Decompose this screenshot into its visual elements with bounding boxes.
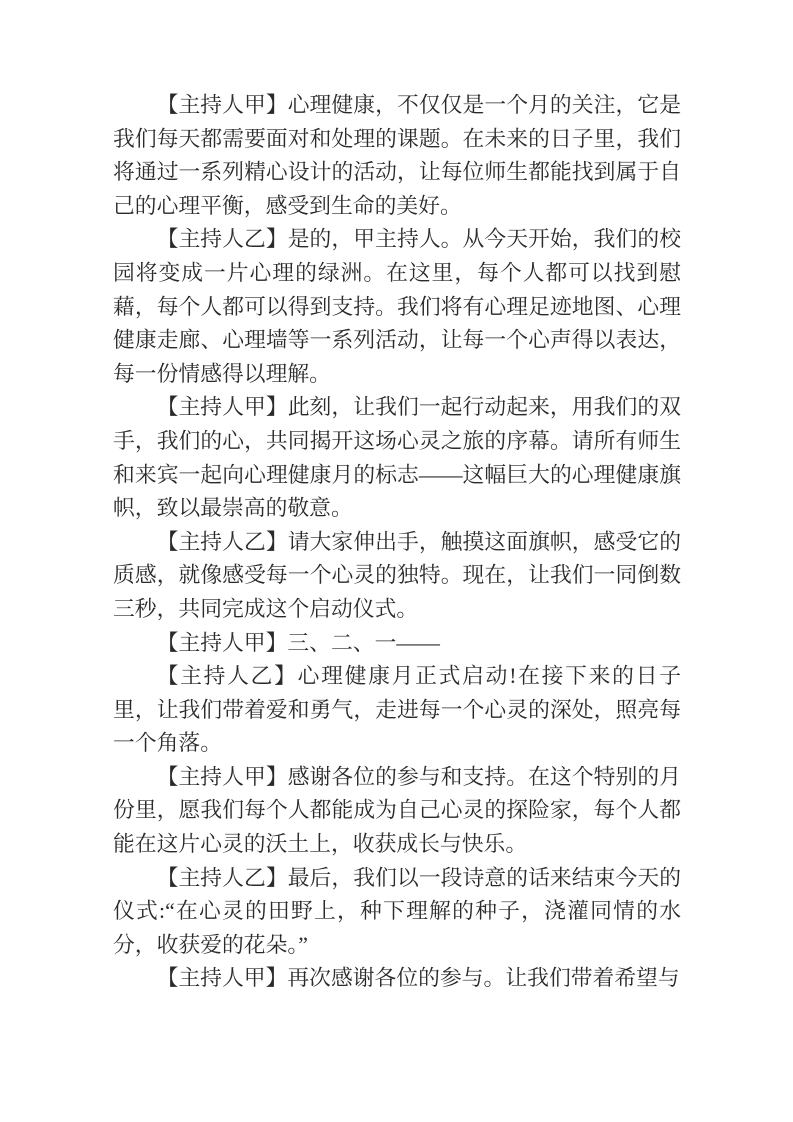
script-paragraph: 【主持人甲】此刻，让我们一起行动起来，用我们的双手，我们的心，共同揭开这场心灵之…	[113, 391, 681, 525]
script-paragraph: 【主持人乙】是的，甲主持人。从今天开始，我们的校园将变成一片心理的绿洲。在这里，…	[113, 223, 681, 391]
script-paragraph: 【主持人乙】最后，我们以一段诗意的话来结束今天的仪式:“在心灵的田野上，种下理解…	[113, 862, 681, 963]
document-page: 【主持人甲】心理健康，不仅仅是一个月的关注，它是我们每天都需要面对和处理的课题。…	[0, 0, 793, 1122]
script-paragraph: 【主持人甲】再次感谢各位的参与。让我们带着希望与	[113, 962, 681, 996]
script-content: 【主持人甲】心理健康，不仅仅是一个月的关注，它是我们每天都需要面对和处理的课题。…	[113, 89, 681, 996]
script-paragraph: 【主持人乙】请大家伸出手，触摸这面旗帜，感受它的质感，就像感受每一个心灵的独特。…	[113, 526, 681, 627]
script-paragraph: 【主持人甲】心理健康，不仅仅是一个月的关注，它是我们每天都需要面对和处理的课题。…	[113, 89, 681, 223]
script-paragraph: 【主持人甲】感谢各位的参与和支持。在这个特别的月份里，愿我们每个人都能成为自己心…	[113, 761, 681, 862]
script-paragraph: 【主持人甲】三、二、一——	[113, 627, 681, 661]
script-paragraph: 【主持人乙】心理健康月正式启动!在接下来的日子里，让我们带着爱和勇气，走进每一个…	[113, 660, 681, 761]
